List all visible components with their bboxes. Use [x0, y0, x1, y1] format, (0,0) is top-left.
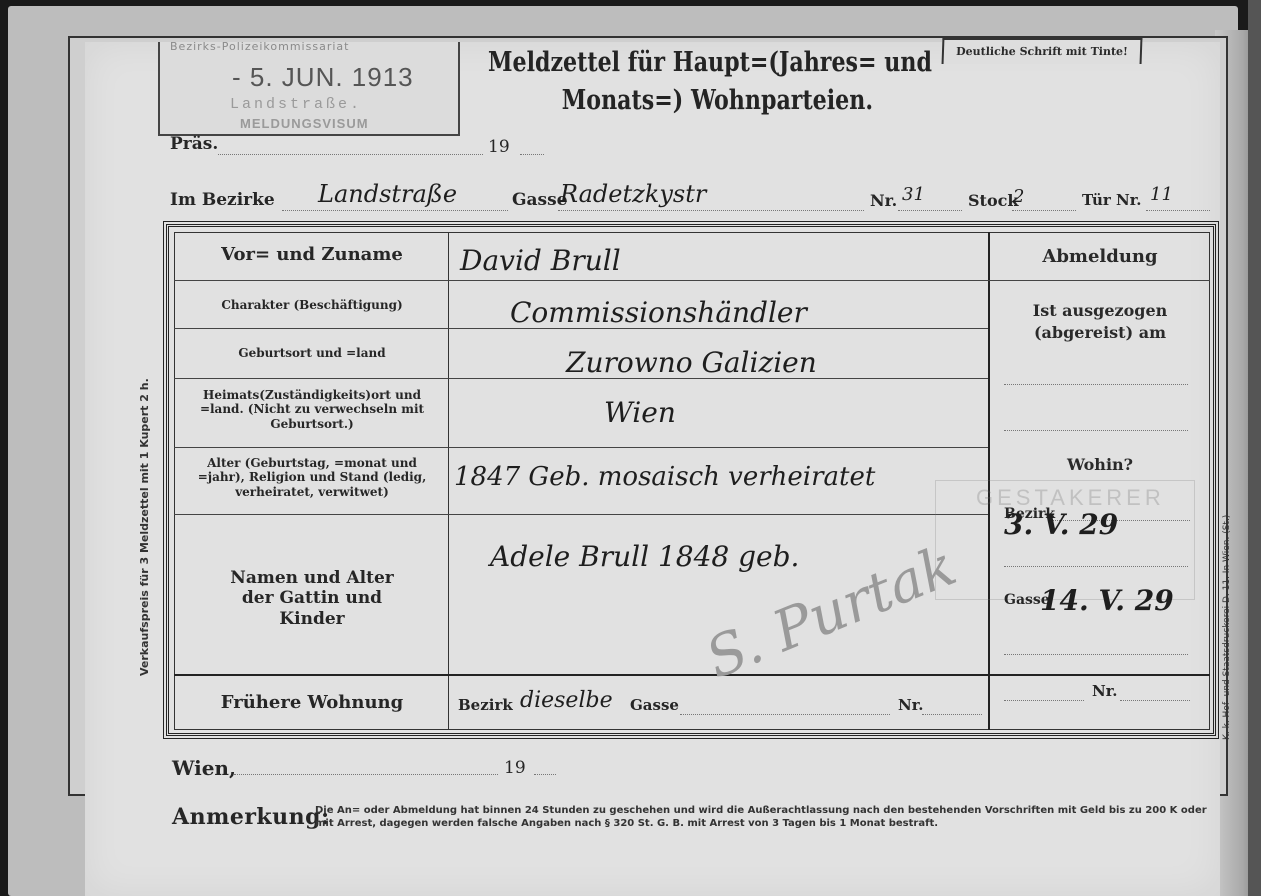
praes-label: Präs.	[170, 134, 218, 154]
abm-extra-line[interactable]	[1004, 566, 1188, 567]
gasse-value: Radetzkystr	[560, 180, 706, 208]
stacked-paper-edge-dark	[1248, 0, 1261, 896]
former-gasse-field[interactable]	[680, 714, 890, 715]
ink-notice: Deutliche Schrift mit Tinte!	[942, 38, 1143, 64]
value-birthplace: Zurowno Galizien	[566, 346, 817, 379]
former-nr-label: Nr.	[898, 696, 923, 714]
moved-out-label: Ist ausgezogen (abgereist) am	[990, 300, 1210, 344]
abmeldung-title: Abmeldung	[990, 246, 1210, 267]
anmerkung-text: Die An= oder Abmeldung hat binnen 24 Stu…	[315, 804, 1215, 830]
value-spouse-children: Adele Brull 1848 geb.	[490, 540, 799, 573]
footer-year-prefix: 19	[504, 758, 526, 778]
stock-label: Stock	[968, 191, 1018, 210]
wien-label: Wien,	[172, 756, 236, 780]
label-name: Vor= und Zuname	[176, 244, 448, 266]
bezirk-value: Landstraße	[318, 180, 457, 208]
form-title: Meldzettel für Haupt=(Jahres= und Monats…	[488, 44, 932, 120]
form-title-line2: Monats=) Wohnparteien.	[488, 82, 932, 120]
row-divider	[174, 280, 988, 281]
stamp-place: Landstraße.	[230, 96, 362, 113]
wien-date-field[interactable]	[234, 774, 498, 775]
form-title-line1: Meldzettel für Haupt=(Jahres= und	[488, 47, 932, 78]
tuer-field[interactable]	[1146, 210, 1210, 211]
footer-year-field[interactable]	[534, 774, 556, 775]
gasse-field[interactable]	[558, 210, 864, 211]
label-birthplace: Geburtsort und =land	[176, 346, 448, 360]
abm-bezirk-value: 3. V. 29	[1004, 508, 1118, 541]
bezirk-field[interactable]	[282, 210, 508, 211]
label-home-municipality: Heimats(Zuständigkeits)ort und =land. (N…	[176, 388, 448, 431]
former-nr-field[interactable]	[922, 714, 982, 715]
right-margin-printer-note: K. k. Hof- und Staatsdruckerei D. 11. In…	[1222, 515, 1232, 740]
row-divider	[174, 447, 988, 448]
praes-field[interactable]	[218, 154, 483, 155]
abmeldung-divider	[988, 280, 1210, 281]
abm-nr-field-left[interactable]	[1004, 700, 1084, 701]
label-former-residence: Frühere Wohnung	[176, 692, 448, 714]
former-bezirk-label: Bezirk	[458, 696, 513, 714]
nr-field[interactable]	[898, 210, 962, 211]
tuer-label: Tür Nr.	[1082, 191, 1142, 209]
praes-year-prefix: 19	[488, 137, 510, 157]
row-divider-former	[174, 674, 1210, 676]
left-margin-price-note: Verkaufspreis für 3 Meldzettel mit 1 Kup…	[138, 378, 151, 676]
praes-year-field[interactable]	[520, 154, 544, 155]
tuer-value: 11	[1150, 184, 1173, 205]
stamp-date: - 5. JUN. 1913	[232, 62, 414, 93]
former-bezirk-value: dieselbe	[520, 688, 613, 713]
value-name: David Brull	[460, 244, 621, 277]
bezirk-label: Im Bezirke	[170, 190, 275, 210]
anmerkung-label: Anmerkung:	[172, 804, 330, 830]
abm-gasse-line-2[interactable]	[1004, 654, 1188, 655]
stamp-header: Bezirks-Polizeikommissariat	[170, 40, 450, 53]
abm-gasse-value: 14. V. 29	[1040, 584, 1174, 617]
value-occupation: Commissionshändler	[510, 296, 807, 329]
label-occupation: Charakter (Beschäftigung)	[176, 298, 448, 312]
label-spouse-children: Namen und Alter der Gattin und Kinder	[176, 568, 448, 629]
row-divider	[174, 514, 988, 515]
former-gasse-label: Gasse	[630, 696, 679, 714]
stamp-label: MELDUNGSVISUM	[240, 116, 369, 131]
column-divider-label	[448, 232, 449, 730]
abm-nr-label: Nr.	[1092, 682, 1117, 700]
moved-out-date-field[interactable]	[1004, 384, 1188, 385]
wohin-label: Wohin?	[990, 455, 1210, 474]
nr-label: Nr.	[870, 191, 897, 210]
value-home-municipality: Wien	[604, 396, 676, 429]
value-age-religion-status: 1847 Geb. mosaisch verheiratet	[454, 462, 875, 492]
stock-field[interactable]	[1012, 210, 1076, 211]
moved-out-date-field-2[interactable]	[1004, 430, 1188, 431]
abm-nr-field-right[interactable]	[1120, 700, 1190, 701]
label-age-religion-status: Alter (Geburtstag, =monat und =jahr), Re…	[176, 456, 448, 499]
nr-value: 31	[902, 184, 925, 205]
stock-value: 2	[1013, 186, 1024, 207]
